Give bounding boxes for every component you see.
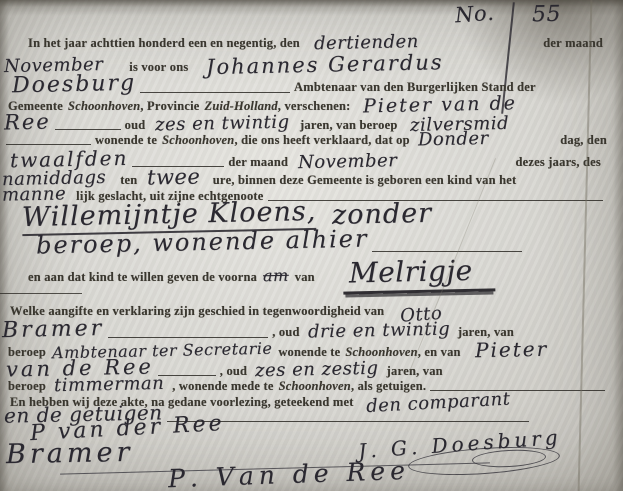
printed-text: dag, den (560, 133, 607, 148)
signature-witness1: Bramer (6, 438, 133, 469)
blank-fill-line (6, 144, 91, 145)
signature-witness2: P. Van de Ree (168, 460, 410, 489)
form-line-childname: en aan dat kind te willen geven de voorn… (28, 255, 607, 293)
printed-text: In het jaar achttien honderd een en nege… (28, 36, 300, 51)
printed-text: van (295, 270, 315, 285)
act-number: No. 55 (455, 2, 561, 27)
form-line-year: In het jaar achttien honderd een en nege… (28, 31, 603, 52)
blank-fill-line (372, 251, 522, 252)
act-number-prefix: No. (454, 1, 495, 28)
signature-text: P. Van de Ree (168, 456, 411, 491)
printed-text: der maand (543, 36, 603, 51)
printed-text: , die ons heeft verklaard, dat op (234, 133, 409, 148)
printed-text: en aan dat kind te willen geven de voorn… (28, 270, 257, 285)
hw-child-name: Melrigje (342, 253, 494, 294)
hw-corrected-word: am (257, 266, 295, 286)
section-divider-line (0, 293, 82, 294)
printed-place: Schoonhoven (157, 133, 234, 148)
birth-certificate-scan: No. 55 In het jaar achttien honderd een … (0, 0, 623, 491)
act-number-value: 55 (532, 2, 562, 28)
form-line-mother2: beroep, wonende alhier (36, 228, 583, 256)
signature-text: Bramer (6, 437, 134, 470)
